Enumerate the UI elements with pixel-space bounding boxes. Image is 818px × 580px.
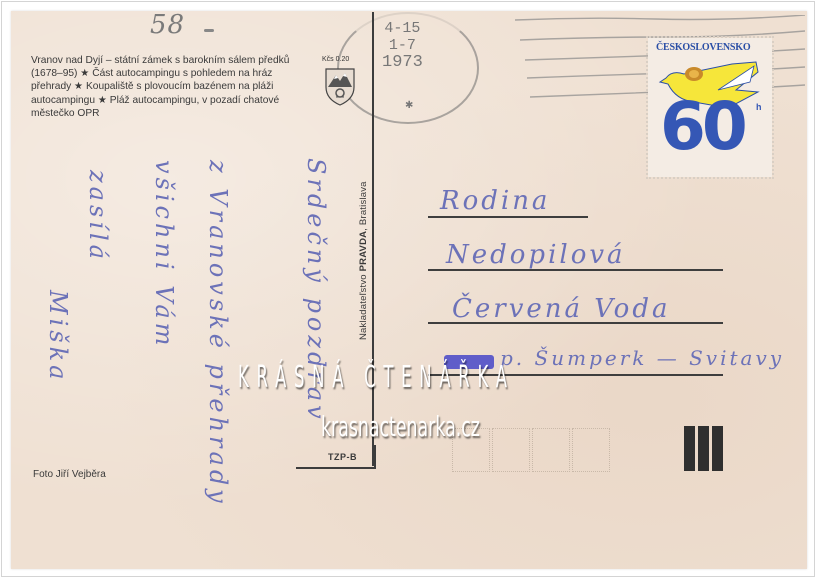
zip-box xyxy=(572,428,610,472)
watermark-title: KRÁSNÁ ČTENÁŘKA xyxy=(238,360,515,395)
zip-box xyxy=(492,428,530,472)
bar xyxy=(712,426,723,471)
message-line-2: z Vranovské přehrady xyxy=(204,160,232,507)
publisher-credit: Nakladateľstvo PRAVDA, Bratislava xyxy=(358,181,369,340)
address-text-2: Nedopilová xyxy=(446,240,626,270)
message-line-5: Miška xyxy=(44,290,72,383)
zip-box xyxy=(532,428,570,472)
badge-value: Kčs 0.20 xyxy=(322,56,349,63)
mountain-badge-icon xyxy=(318,57,362,107)
print-code: TZP-B xyxy=(328,452,357,462)
address-text-4: p. Šumperk — Svitavy xyxy=(500,346,784,370)
address-text-1: Rodina xyxy=(440,186,550,216)
pencil-dash xyxy=(204,29,214,32)
address-text-3: Červená Voda xyxy=(452,294,670,324)
postmark-date: 4-15 1-7 1973 xyxy=(382,20,423,71)
publisher-name: PRAVDA xyxy=(358,231,369,272)
message-line-4: zasílá xyxy=(84,170,112,263)
postmark-star: ✱ xyxy=(405,100,413,111)
postmark-line-3: 1973 xyxy=(382,54,423,71)
message-line-3: všichni Vám xyxy=(150,160,178,349)
postcard-caption: Vranov nad Dyjí – státní zámek s barokní… xyxy=(31,54,291,120)
publisher-suffix: , Bratislava xyxy=(358,181,369,230)
postmark-line-1: 4-15 xyxy=(382,20,423,37)
stamp-country: ČESKOSLOVENSKO xyxy=(656,42,764,53)
pencil-number: 58 xyxy=(150,10,185,40)
stamp-value: 60 xyxy=(660,92,744,162)
center-divider xyxy=(372,12,374,466)
postmark-line-2: 1-7 xyxy=(382,37,423,54)
bar xyxy=(684,426,695,471)
watermark-url[interactable]: krasnactenarka.cz xyxy=(321,410,480,443)
publisher-prefix: Nakladateľstvo xyxy=(358,271,369,340)
stamp-unit: h xyxy=(756,102,762,112)
address-line-1 xyxy=(428,216,588,218)
photo-credit: Foto Jiří Vejběra xyxy=(33,469,106,480)
bar xyxy=(698,426,709,471)
